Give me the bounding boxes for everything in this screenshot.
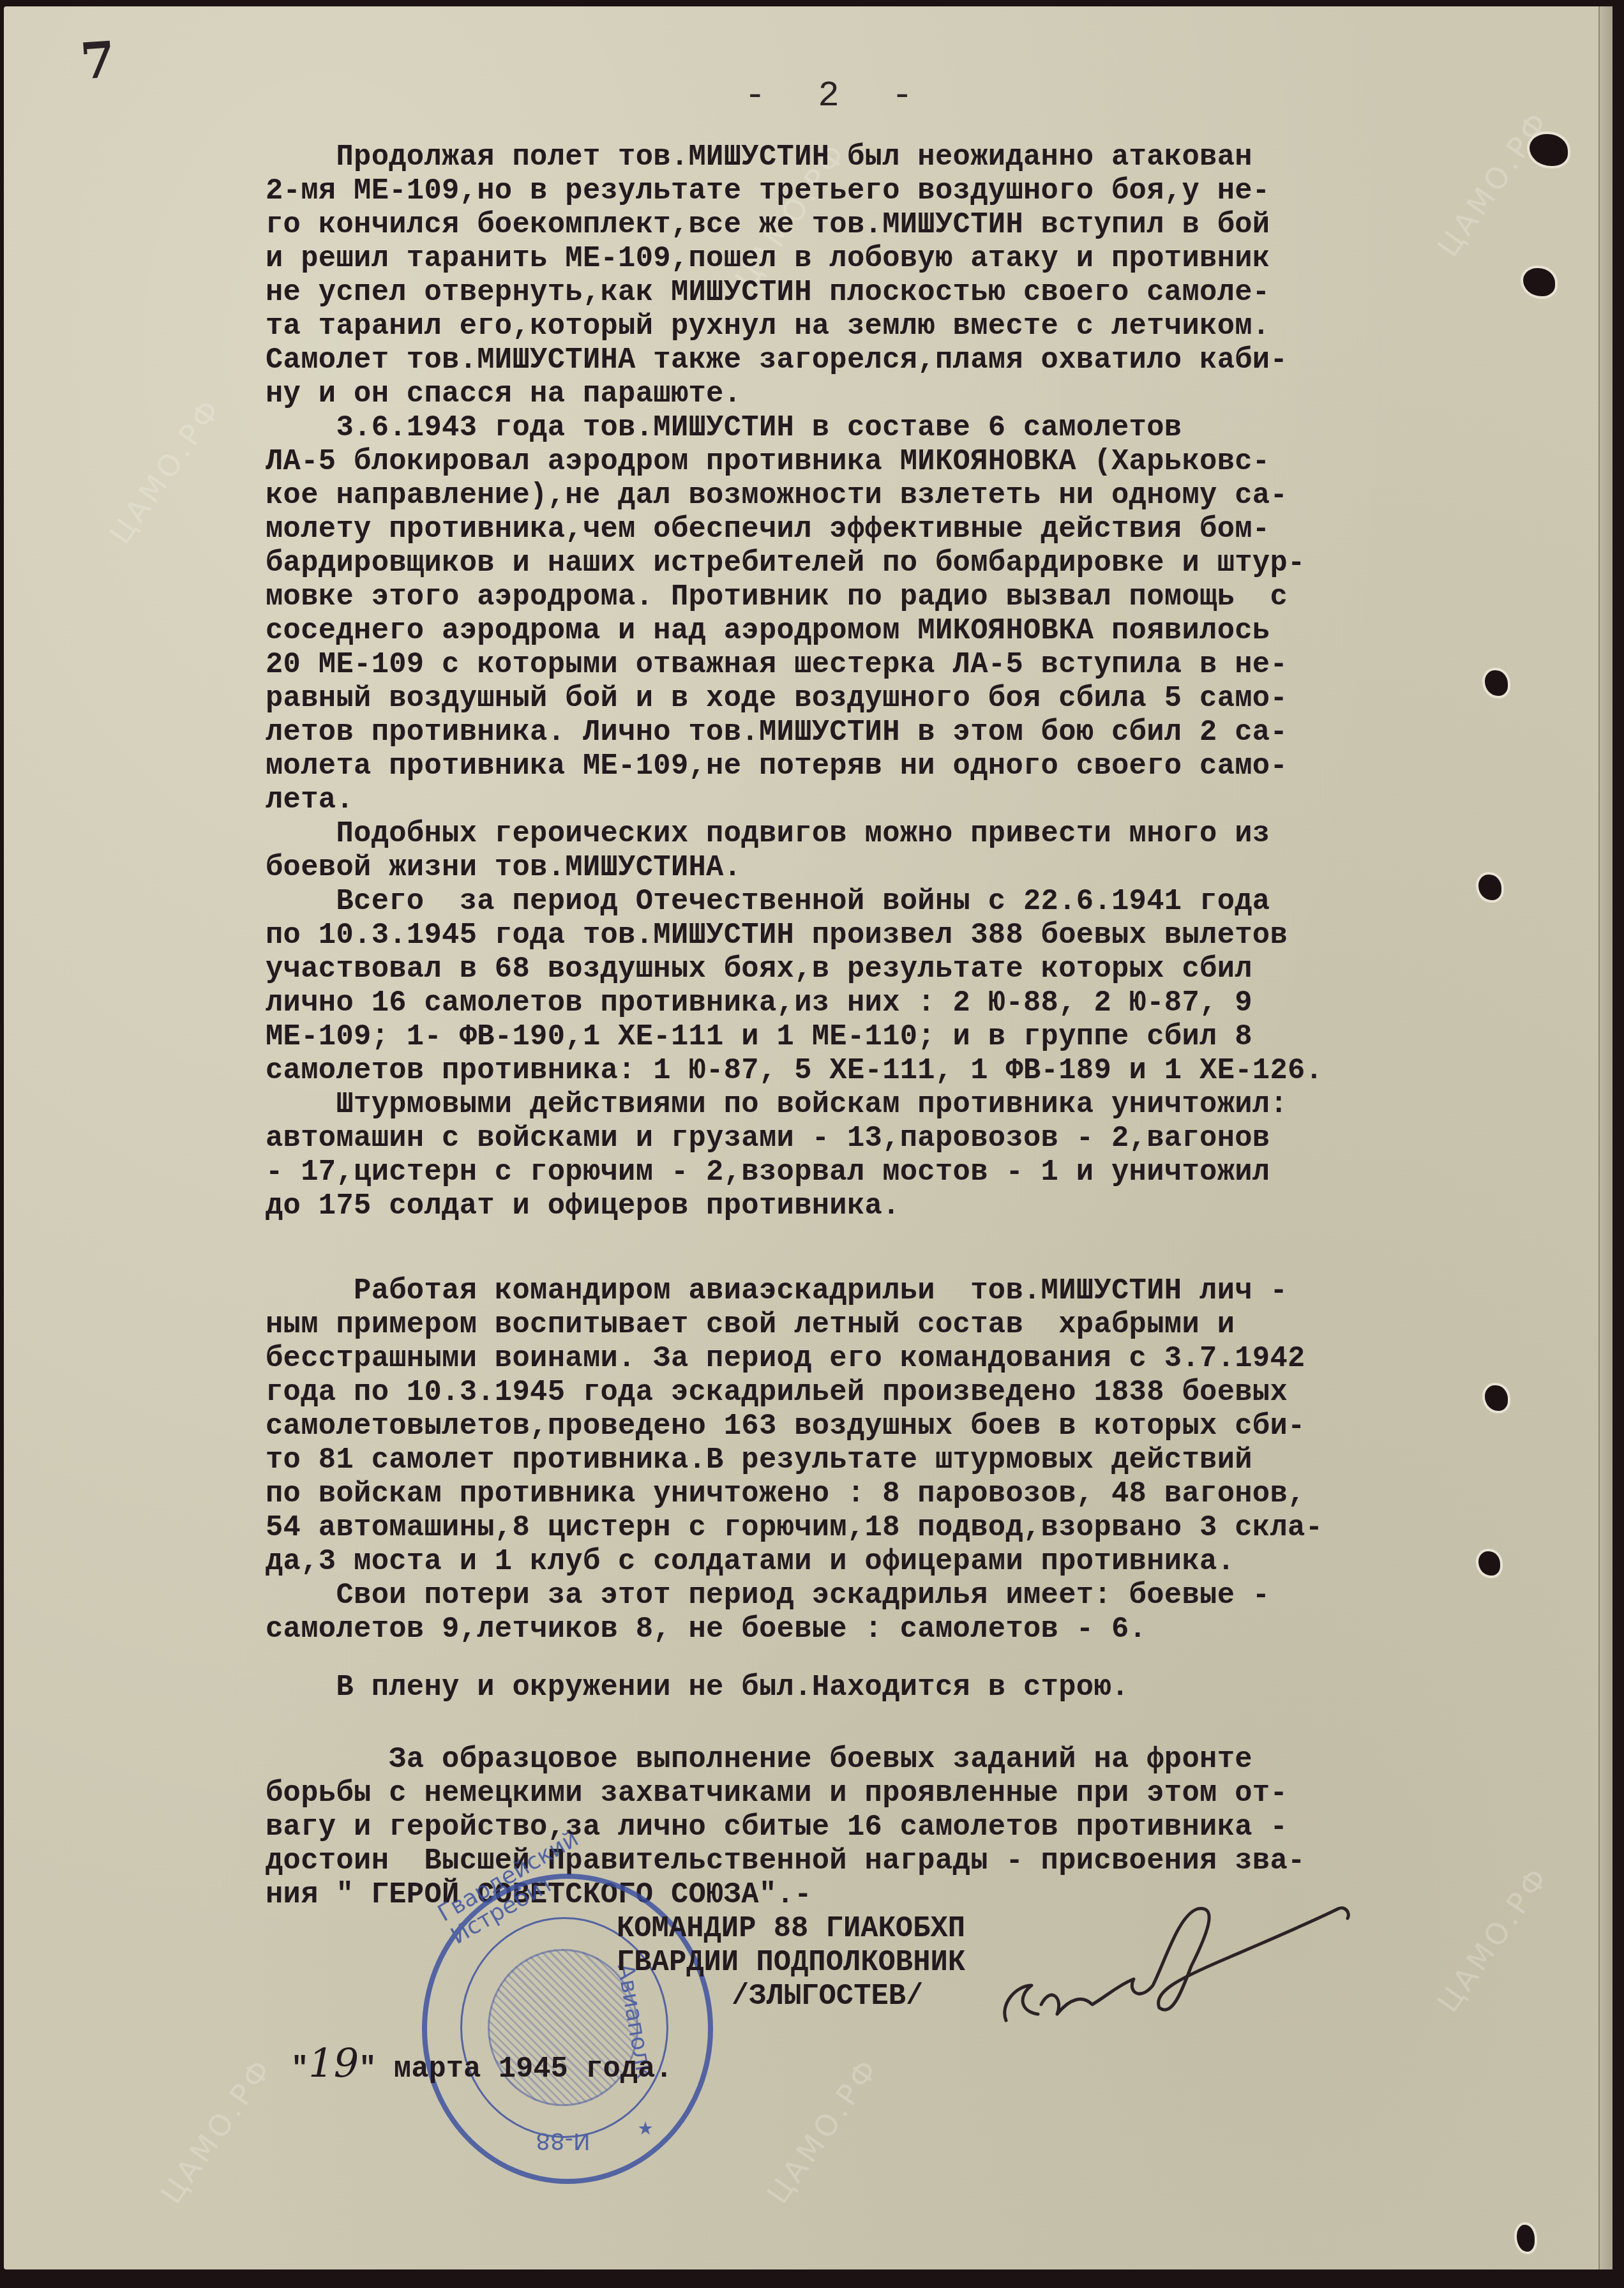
signatory-name: /ЗЛЫГОСТЕВ/: [617, 1980, 965, 2013]
document-sheet: ЦАМО.РФ ЦАМО.РФ ЦАМО.РФ ЦАМО.РФ ЦАМО.РФ …: [4, 6, 1613, 2269]
text-line: 20 МЕ-109 с которыми отважная шестерка Л…: [266, 648, 1478, 682]
signatory-position: КОМАНДИР 88 ГИАКОБХП: [617, 1912, 965, 1946]
punch-hole: [1530, 134, 1568, 166]
text-line: 54 автомашины,8 цистерн с горючим,18 под…: [266, 1511, 1478, 1545]
text-line: участвовал в 68 воздушных боях,в результ…: [266, 952, 1478, 986]
date-month-year: марта 1945 года.: [377, 2052, 673, 2086]
watermark: ЦАМО.РФ: [760, 2051, 886, 2210]
text-line: бесстрашными воинами. За период его кома…: [266, 1342, 1478, 1376]
paragraph-squadron-command: Работая командиром авиаэскадрильи тов.МИ…: [266, 1274, 1478, 1579]
text-line: ЛА-5 блокировал аэродром противника МИКО…: [266, 445, 1478, 479]
document-date: "19" марта 1945 года.: [291, 2040, 673, 2086]
text-line: Свои потери за этот период эскадрилья им…: [266, 1579, 1478, 1613]
text-line: до 175 солдат и офицеров противника.: [266, 1189, 1478, 1223]
text-line: За образцовое выполнение боевых заданий …: [266, 1743, 1478, 1777]
date-day: 19: [308, 2040, 359, 2086]
text-line: В плену и окружении не был.Находится в с…: [266, 1671, 1478, 1705]
text-line: по 10.3.1945 года тов.МИШУСТИН произвел …: [266, 919, 1478, 952]
text-line: равный воздушный бой и в ходе воздушного…: [266, 682, 1478, 716]
paragraph-captivity-status: В плену и окружении не был.Находится в с…: [266, 1671, 1478, 1705]
text-line: года по 10.3.1945 года эскадрильей произ…: [266, 1376, 1478, 1410]
watermark: ЦАМО.РФ: [154, 2051, 280, 2210]
text-line: летов противника. Лично тов.МИШУСТИН в э…: [266, 716, 1478, 749]
text-line: по войскам противника уничтожено : 8 пар…: [266, 1477, 1478, 1511]
text-line: та таранил его,который рухнул на землю в…: [266, 310, 1478, 343]
text-line: то 81 самолет противника.В результате шт…: [266, 1443, 1478, 1477]
punch-hole: [1478, 875, 1501, 900]
date-quote-close: ": [359, 2052, 376, 2086]
punch-hole: [1478, 1551, 1500, 1576]
paragraph-airfield-blockade: 3.6.1943 года тов.МИШУСТИН в составе 6 с…: [266, 411, 1478, 817]
text-line: автомашин с войсками и грузами - 13,паро…: [266, 1122, 1478, 1155]
text-line: соседнего аэродрома и над аэродромом МИК…: [266, 614, 1478, 648]
text-line: ну и он спасся на парашюте.: [266, 377, 1478, 411]
date-quote-open: ": [291, 2052, 308, 2086]
watermark: ЦАМО.РФ: [103, 391, 229, 550]
page-number: - 2 -: [744, 75, 928, 116]
punch-hole: [1517, 2225, 1535, 2252]
stamp-unit-number: И-88: [536, 2128, 590, 2154]
spacer: [266, 1646, 1478, 1671]
text-line: самолетов 9,летчиков 8, не боевые : само…: [266, 1613, 1478, 1646]
text-line: достоин Высшей Правительственной награды…: [266, 1844, 1478, 1878]
text-line: Работая командиром авиаэскадрильи тов.МИ…: [266, 1274, 1478, 1308]
page-fold-edge: [1598, 6, 1613, 2269]
punch-hole: [1485, 670, 1508, 696]
text-line: бардировщиков и наших истребителей по бо…: [266, 546, 1478, 580]
signatory-rank: ГВАРДИИ ПОДПОЛКОВНИК: [617, 1946, 965, 1980]
archive-sheet-number: 7: [79, 31, 117, 91]
punch-hole: [1523, 268, 1555, 296]
text-line: Подобных героических подвигов можно прив…: [266, 817, 1478, 851]
paragraph-ground-attack: Штурмовыми действиями по войскам противн…: [266, 1088, 1478, 1223]
text-line: го кончился боекомплект,все же тов.МИШУС…: [266, 208, 1478, 242]
spacer: [266, 1705, 1478, 1743]
text-line: лично 16 самолетов противника,из них : 2…: [266, 986, 1478, 1020]
text-line: Самолет тов.МИШУСТИНА также загорелся,пл…: [266, 343, 1478, 377]
paragraph-combat-totals: Всего за период Отечественной войны с 22…: [266, 885, 1478, 1088]
text-line: боевой жизни тов.МИШУСТИНА.: [266, 851, 1478, 885]
text-line: молета противника МЕ-109,не потеряв ни о…: [266, 749, 1478, 783]
text-line: не успел отвернуть,как МИШУСТИН плоскост…: [266, 276, 1478, 310]
text-line: борьбы с немецкими захватчиками и проявл…: [266, 1777, 1478, 1810]
paragraph-award-recommendation: За образцовое выполнение боевых заданий …: [266, 1743, 1478, 1912]
text-line: и решил таранить МЕ-109,пошел в лобовую …: [266, 242, 1478, 276]
text-line: Всего за период Отечественной войны с 22…: [266, 885, 1478, 919]
text-line: кое направление),не дал возможности взле…: [266, 479, 1478, 513]
text-line: Продолжая полет тов.МИШУСТИН был неожида…: [266, 140, 1478, 174]
paragraph-heroic-deeds: Подобных героических подвигов можно прив…: [266, 817, 1478, 885]
signature-block: КОМАНДИР 88 ГИАКОБХП ГВАРДИИ ПОДПОЛКОВНИ…: [617, 1912, 965, 2013]
punch-hole: [1485, 1385, 1508, 1411]
text-line: молету противника,чем обеспечил эффектив…: [266, 513, 1478, 546]
paragraph-ramming-attack: Продолжая полет тов.МИШУСТИН был неожида…: [266, 140, 1478, 411]
text-line: 3.6.1943 года тов.МИШУСТИН в составе 6 с…: [266, 411, 1478, 445]
text-line: самолетовылетов,проведено 163 воздушных …: [266, 1410, 1478, 1443]
text-line: ным примером воспитывает свой летный сос…: [266, 1308, 1478, 1342]
text-line: лета.: [266, 783, 1478, 817]
text-line: мовке этого аэродрома. Противник по ради…: [266, 580, 1478, 614]
citation-body: Продолжая полет тов.МИШУСТИН был неожида…: [266, 140, 1478, 1912]
text-line: вагу и геройство,за лично сбитые 16 само…: [266, 1810, 1478, 1844]
handwritten-signature: [981, 1890, 1427, 2043]
text-line: самолетов противника: 1 Ю-87, 5 ХЕ-111, …: [266, 1054, 1478, 1088]
paragraph-squadron-losses: Свои потери за этот период эскадрилья им…: [266, 1579, 1478, 1646]
text-line: - 17,цистерн с горючим - 2,взорвал мосто…: [266, 1155, 1478, 1189]
spacer: [266, 1223, 1478, 1274]
star-icon: ★: [638, 2112, 653, 2143]
text-line: МЕ-109; 1- ФВ-190,1 ХЕ-111 и 1 МЕ-110; и…: [266, 1020, 1478, 1054]
text-line: 2-мя МЕ-109,но в результате третьего воз…: [266, 174, 1478, 208]
text-line: да,3 моста и 1 клуб с солдатами и офицер…: [266, 1545, 1478, 1579]
text-line: Штурмовыми действиями по войскам противн…: [266, 1088, 1478, 1122]
